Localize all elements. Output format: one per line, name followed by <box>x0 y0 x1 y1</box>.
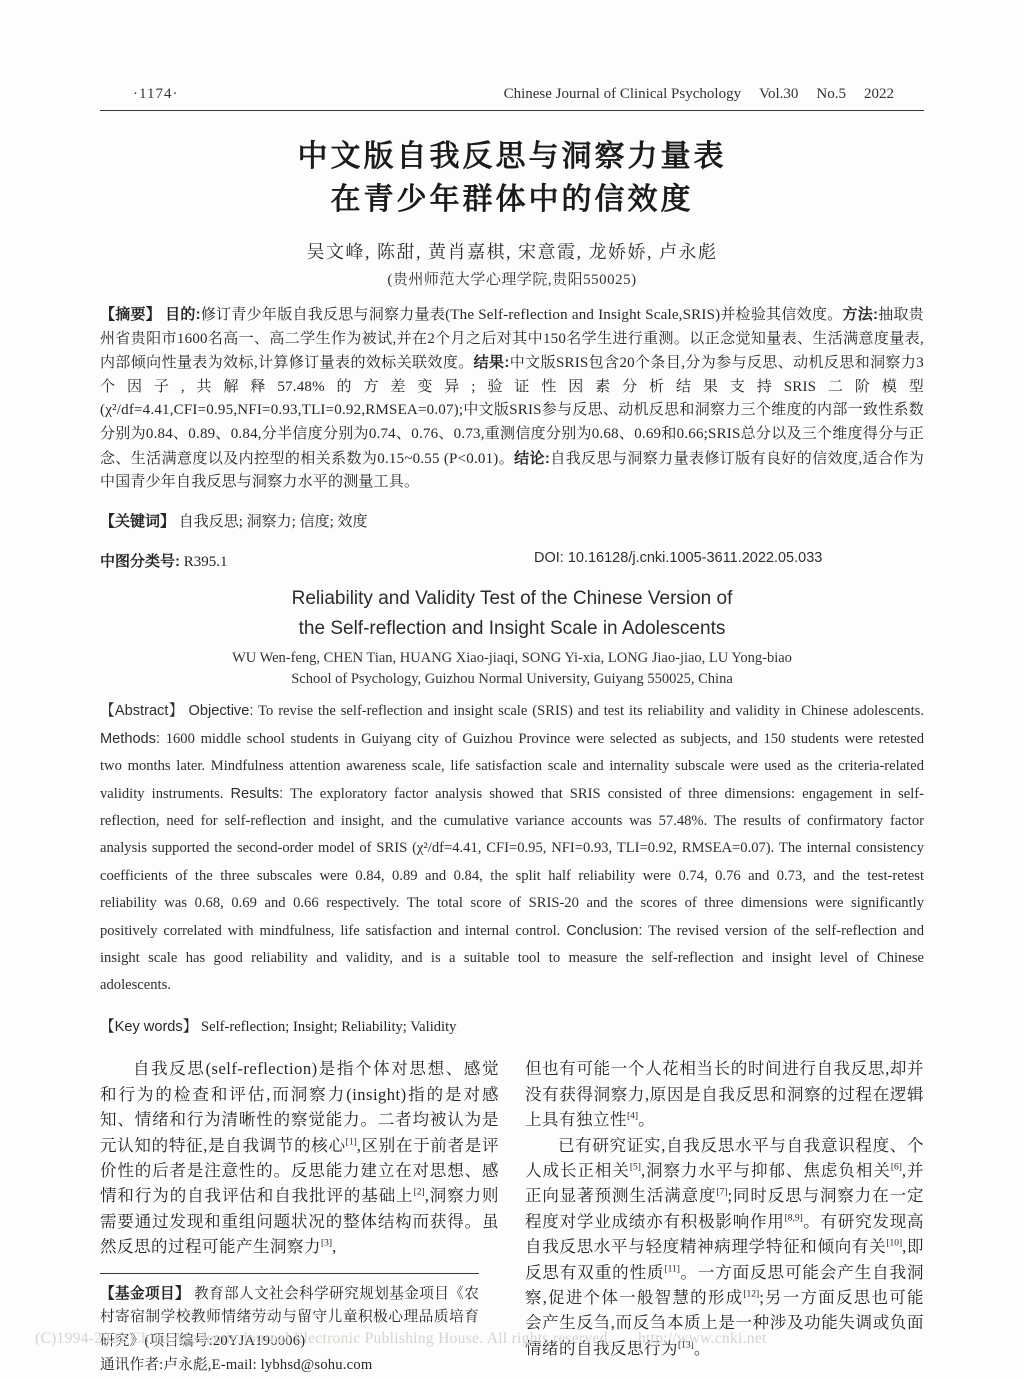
affiliation-cn: (贵州师范大学心理学院,贵阳550025) <box>100 268 924 289</box>
header-rule <box>100 110 924 111</box>
paper-title-en-line1: Reliability and Validity Test of the Chi… <box>100 584 924 614</box>
classification-row: 中图分类号: R395.1 DOI: 10.16128/j.cnki.1005-… <box>100 550 924 572</box>
copyright-footer: (C)1994-2022 China Academic Journal Elec… <box>35 1330 767 1348</box>
paper-title-en: Reliability and Validity Test of the Chi… <box>100 584 924 644</box>
paper-title-cn-line2: 在青少年群体中的信效度 <box>100 178 924 221</box>
journal-name: Chinese Journal of Clinical Psychology <box>504 86 741 103</box>
body-paragraph-left: 自我反思(self-reflection)是指个体对思想、感觉和行为的检查和评估… <box>100 1056 499 1259</box>
copyright-text: (C)1994-2022 China Academic Journal Elec… <box>35 1330 612 1348</box>
paper-title-en-line2: the Self-reflection and Insight Scale in… <box>100 614 924 644</box>
keywords-cn: 【关键词】 自我反思; 洞察力; 信度; 效度 <box>100 510 924 535</box>
keywords-en: 【Key words】 Self-reflection; Insight; Re… <box>100 1014 924 1041</box>
clc-number: 中图分类号: R395.1 <box>100 550 228 571</box>
footnote-block: 【基金项目】 教育部人文社会科学研究规划基金项目《农村寄宿制学校教师情绪劳动与留… <box>100 1273 479 1378</box>
body-paragraph-right-2: 已有研究证实,自我反思水平与自我意识程度、个人成长正相关[5],洞察力水平与抑郁… <box>525 1133 924 1362</box>
abstract-cn: 【摘要】 目的:修订青少年版自我反思与洞察力量表(The Self-reflec… <box>100 303 924 495</box>
journal-volume: Vol.30 <box>759 86 798 103</box>
abstract-en: 【Abstract】 Objective: To revise the self… <box>100 698 924 999</box>
journal-issue: No.5 <box>816 86 846 103</box>
running-head: ·1174· Chinese Journal of Clinical Psych… <box>100 0 924 103</box>
journal-year: 2022 <box>864 86 894 103</box>
authors-cn: 吴文峰, 陈甜, 黄肖嘉棋, 宋意霞, 龙娇娇, 卢永彪 <box>100 238 924 264</box>
paper-title-cn-line1: 中文版自我反思与洞察力量表 <box>100 135 924 178</box>
correspondence-note: 通讯作者:卢永彪,E-mail: lybhsd@sohu.com <box>100 1354 479 1378</box>
paper-title-cn: 中文版自我反思与洞察力量表 在青少年群体中的信效度 <box>100 135 924 221</box>
journal-page: ·1174· Chinese Journal of Clinical Psych… <box>0 0 1024 1379</box>
page-content: ·1174· Chinese Journal of Clinical Psych… <box>100 0 924 1378</box>
body-paragraph-right-1: 但也有可能一个人花相当长的时间进行自我反思,却并没有获得洞察力,原因是自我反思和… <box>525 1056 924 1132</box>
page-number: ·1174· <box>133 86 178 103</box>
doi: DOI: 10.16128/j.cnki.1005-3611.2022.05.0… <box>534 550 822 566</box>
journal-info: Chinese Journal of Clinical Psychology V… <box>504 86 894 103</box>
authors-en: WU Wen-feng, CHEN Tian, HUANG Xiao-jiaqi… <box>100 650 924 667</box>
affiliation-en: School of Psychology, Guizhou Normal Uni… <box>100 671 924 688</box>
copyright-url: http://www.cnki.net <box>638 1330 767 1348</box>
